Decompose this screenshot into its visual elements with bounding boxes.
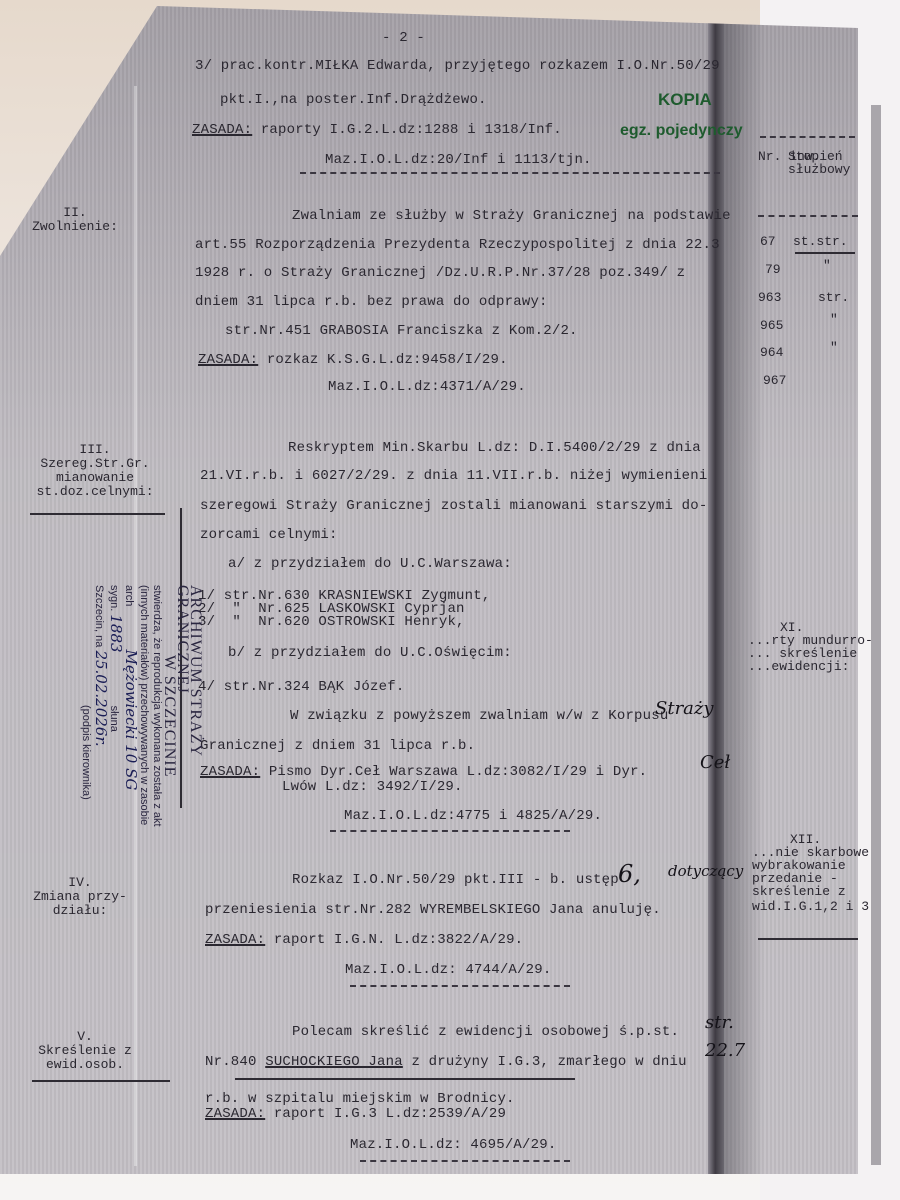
body-line: przeniesienia str.Nr.282 WYREMBELSKIEGO … — [205, 902, 661, 918]
separator — [330, 830, 570, 832]
table-cell-stopien: str. — [818, 290, 849, 305]
table-cell-stopien: " — [823, 258, 831, 273]
reference-line: Maz.I.O.L.dz:4775 i 4825/A/29. — [344, 808, 602, 824]
body-line: zorcami celnymi: — [200, 527, 338, 543]
margin-rule — [30, 513, 165, 515]
section-number: V. — [25, 1030, 145, 1044]
table-cell-nr: 79 — [765, 262, 781, 277]
body-line: 1928 r. o Straży Granicznej /Dz.U.R.P.Nr… — [195, 265, 685, 281]
zasada-line: ZASADA: raporty I.G.2.L.dz:1288 i 1318/I… — [192, 122, 562, 138]
arrow-line — [795, 252, 855, 254]
zasada-label: ZASADA: — [198, 352, 258, 368]
table-cell-nr: 963 — [758, 290, 781, 305]
item-line: 3/ prac.kontr.MIŁKA Edwarda, przyjętego … — [195, 58, 720, 74]
body-line: Polecam skreślić z ewidencji osobowej ś.… — [292, 1024, 679, 1040]
page-fold — [708, 6, 724, 1174]
table-header-rule — [758, 215, 858, 217]
section-title-line: st.doz.celnymi: — [20, 485, 170, 499]
handwritten-date: 22.7 — [705, 1040, 745, 1061]
body-line: Rozkaz I.O.Nr.50/29 pkt.III - b. ustęp — [292, 872, 619, 888]
zasada-label: ZASADA: — [205, 932, 265, 948]
handwritten-correction: dotyczący — [668, 862, 743, 880]
section-title-line: ewid.osob. — [25, 1058, 145, 1072]
separator — [360, 1160, 570, 1162]
table-header-stopien: Stopień służbowy — [788, 150, 858, 176]
subheading-line: b/ z przydziałem do U.C.Oświęcim: — [228, 645, 512, 661]
section-iii-heading: III. Szereg.Str.Gr. mianowanie st.doz.ce… — [20, 443, 170, 499]
table-rule — [758, 938, 858, 940]
reference-line: Maz.I.O.L.dz:4371/A/29. — [328, 379, 526, 395]
person-line: 3/ " Nr.620 OSTROWSKI Henryk, — [198, 615, 465, 629]
subheading-line: a/ z przydziałem do U.C.Warszawa: — [228, 556, 512, 572]
copy-stamp: KOPIA — [658, 90, 712, 110]
archive-certification-stamp: ARCHIWUM STRAŻY GRANICZNEJ W SZCZECINIE … — [52, 585, 202, 835]
body-line: Lwów L.dz: 3492/I/29. — [282, 779, 463, 795]
zasada-text: raporty I.G.2.L.dz:1288 i 1318/Inf. — [261, 122, 562, 138]
stamp-date-value: 25.02.2026r. — [92, 650, 110, 746]
table-cell-stopien: " — [830, 340, 838, 355]
zasada-line: ZASADA: raport I.G.3 L.dz:2539/A/29 — [205, 1107, 506, 1121]
section-iv-heading: IV. Zmiana przy- działu: — [20, 876, 140, 918]
handwritten-correction: Ceł — [700, 752, 730, 773]
section-xi-line: ...ewidencji: — [748, 660, 849, 673]
underline-rule — [235, 1078, 575, 1080]
reference-line: Maz.I.O.L.dz: 4744/A/29. — [345, 962, 551, 978]
section-ii-heading: II. Zwolnienie: — [25, 206, 125, 234]
body-line: szeregowi Straży Granicznej zostali mian… — [200, 498, 707, 514]
person-line: 4/ str.Nr.324 BĄK Józef. — [198, 679, 404, 695]
stamp-place-label: Szczecin, na — [93, 585, 105, 647]
section-title-line: Szereg.Str.Gr. — [20, 457, 170, 471]
body-line: Zwalniam ze służby w Straży Granicznej n… — [292, 208, 731, 224]
zasada-label: ZASADA: — [192, 122, 252, 138]
stamp-date-row: Szczecin, na 25.02.2026r. — [92, 585, 107, 835]
soldier-number: Nr.840 — [205, 1054, 257, 1070]
handwritten-correction: Straży — [655, 698, 714, 719]
zasada-line: ZASADA: rozkaz K.S.G.L.dz:9458/I/29. — [198, 352, 508, 368]
zasada-text: raport I.G.N. L.dz:3822/A/29. — [274, 932, 523, 948]
body-line: Nr.840 SUCHOCKIEGO Jana z drużyny I.G.3,… — [205, 1054, 687, 1070]
soldier-name: SUCHOCKIEGO Jana — [265, 1054, 403, 1070]
copy-stamp-note: egz. pojedynczy — [620, 122, 743, 140]
stamp-name-value: Mężowiecki 10 SG — [122, 649, 140, 790]
zasada-line: ZASADA: Pismo Dyr.Ceł Warszawa L.dz:3082… — [200, 764, 647, 780]
zasada-line: ZASADA: raport I.G.N. L.dz:3822/A/29. — [205, 932, 523, 948]
person-line: str.Nr.451 GRABOSIA Franciszka z Kom.2/2… — [225, 323, 578, 339]
reference-line: Maz.I.O.L.dz:20/Inf i 1113/tjn. — [325, 152, 592, 168]
section-title-line: Skreślenie z — [25, 1044, 145, 1058]
section-xii-line: skreślenie z — [752, 885, 846, 898]
body-line: r.b. w szpitalu miejskim w Brodnicy. — [205, 1092, 515, 1106]
zasada-label: ZASADA: — [200, 764, 260, 780]
item-line: pkt.I.,na poster.Inf.Drążdżewo. — [220, 92, 487, 108]
body-text: z drużyny I.G.3, zmarłego w dniu — [411, 1054, 686, 1070]
section-number: IV. — [20, 876, 140, 890]
stamp-archive-label: arch — [123, 585, 135, 606]
section-number: II. — [25, 206, 125, 220]
section-title-line: Zmiana przy- — [20, 890, 140, 904]
section-xii-line: wid.I.G.1,2 i 3 — [752, 900, 869, 913]
table-cell-nr: 964 — [760, 345, 783, 360]
stamp-institution: ARCHIWUM STRAŻY GRANICZNEJ — [176, 585, 202, 835]
separator — [300, 172, 720, 174]
table-cell-nr: 965 — [760, 318, 783, 333]
stamp-sygn-label: sygn. — [108, 585, 120, 611]
zasada-label: ZASADA: — [205, 1106, 265, 1122]
zasada-text: raport I.G.3 L.dz:2539/A/29 — [274, 1106, 506, 1122]
body-line: art.55 Rozporządzenia Prezydenta Rzeczyp… — [195, 237, 720, 253]
section-number: III. — [20, 443, 170, 457]
stamp-certify-line: stwierdza, że reprodukcja wykonana zosta… — [150, 585, 163, 835]
stamp-signature-label: (podpis kierownika) — [79, 585, 92, 835]
zasada-text: rozkaz K.S.G.L.dz:9458/I/29. — [267, 352, 508, 368]
section-title-line: mianowanie — [20, 471, 170, 485]
section-title-line: działu: — [20, 904, 140, 918]
table-cell-stopien: " — [830, 312, 838, 327]
table-cell-nr: 67 — [760, 234, 776, 249]
body-line: dniem 31 lipca r.b. bez prawa do odprawy… — [195, 294, 548, 310]
section-v-heading: V. Skreślenie z ewid.osob. — [25, 1030, 145, 1072]
page-number: - 2 - — [382, 30, 425, 46]
handwritten-correction: str. — [705, 1012, 734, 1033]
body-line: Reskryptem Min.Skarbu L.dz: D.I.5400/2/2… — [288, 440, 701, 456]
section-title: Zwolnienie: — [25, 220, 125, 234]
stamp-sygn-value: 1883 — [107, 614, 125, 652]
table-cell-stopien: st.str. — [793, 234, 848, 249]
separator — [350, 985, 570, 987]
margin-rule — [32, 1080, 170, 1082]
body-line: Granicznej z dniem 31 lipca r.b. — [200, 738, 475, 754]
page-fold-shadow — [724, 6, 764, 1174]
body-line: W związku z powyższem zwalniam w/w z Kor… — [290, 708, 668, 724]
table-top-rule — [760, 136, 855, 138]
handwritten-correction: 6, — [618, 860, 641, 888]
body-line: 21.VI.r.b. i 6027/2/29. z dnia 11.VII.r.… — [200, 468, 707, 484]
table-cell-nr: 967 — [763, 373, 786, 388]
zasada-text: Pismo Dyr.Ceł Warszawa L.dz:3082/I/29 i … — [269, 764, 647, 780]
reference-line: Maz.I.O.L.dz: 4695/A/29. — [350, 1137, 556, 1153]
